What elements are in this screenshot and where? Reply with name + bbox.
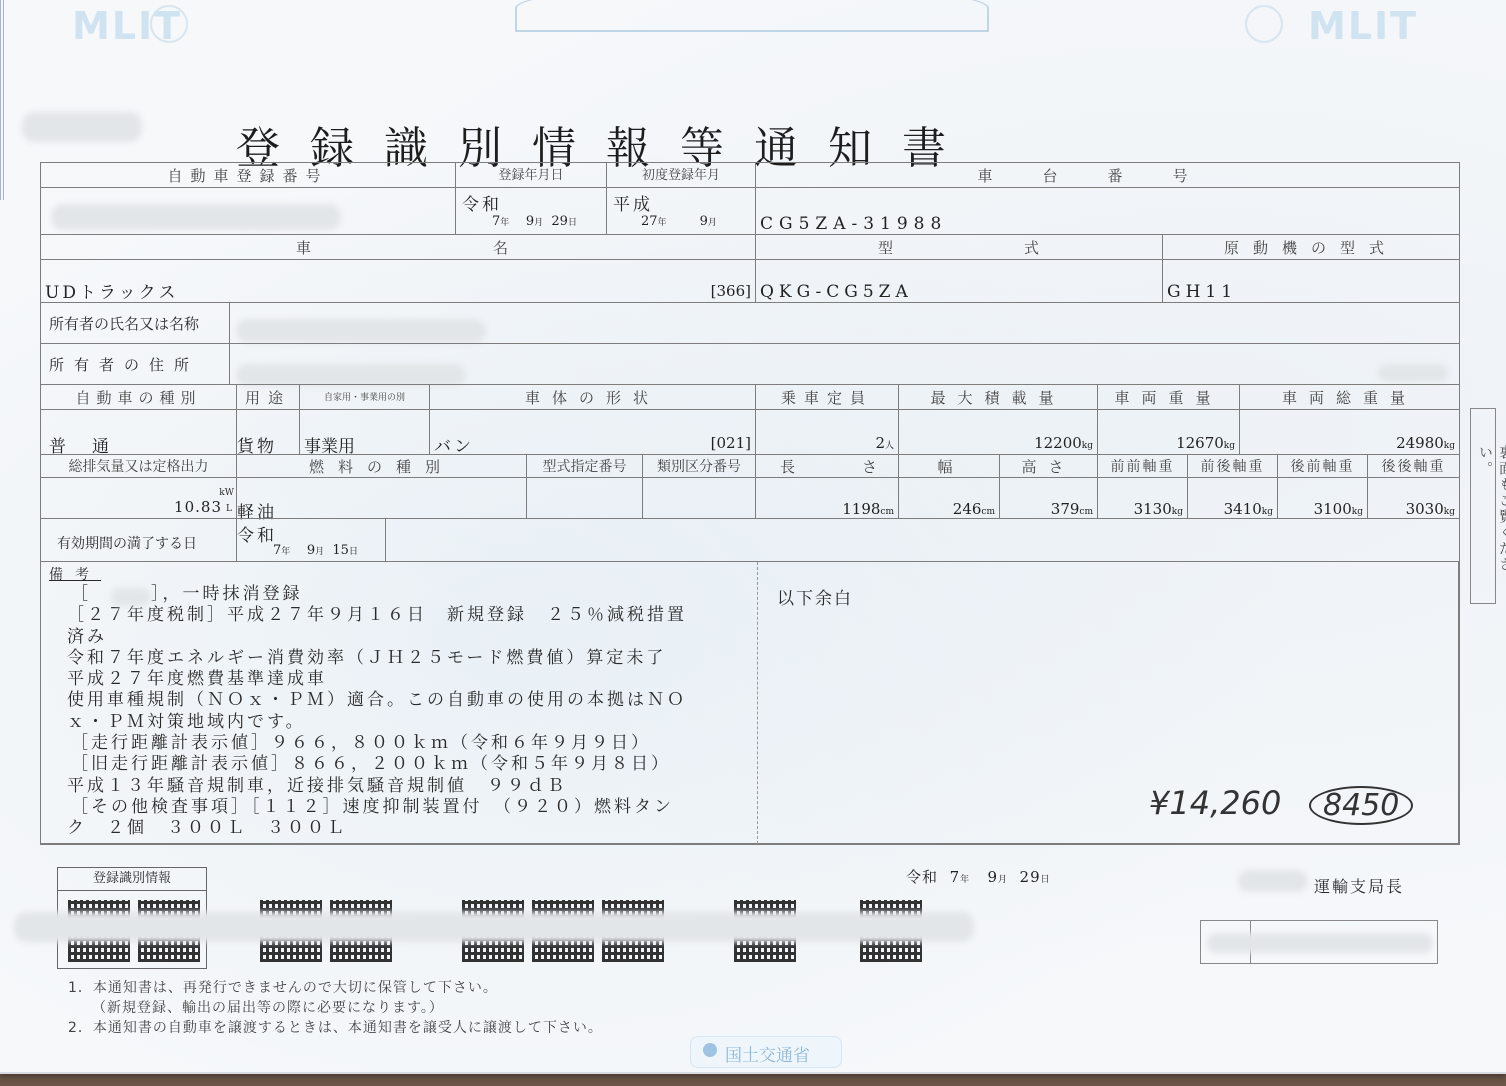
notice-1: 1．本通知書は、再発行できませんので大切に保管して下さい。 — [68, 977, 498, 997]
axle-weight-value: 3130kg — [1134, 500, 1183, 518]
width-value: 246cm — [953, 500, 995, 518]
length-value: 1198cm — [842, 500, 894, 518]
axle-weight-field: 3100kg — [1277, 477, 1368, 519]
chassis-field: CG5ZA-31988 — [755, 187, 1460, 235]
registration-document: MLIT MLIT 登録識別情報等通知書 自動車登録番号 登録年月日 初度登録年… — [0, 0, 1506, 1074]
redacted-remarks — [111, 588, 151, 606]
height-value: 379cm — [1051, 500, 1093, 518]
notice-1-sub: （新規登録、輸出の届出等の際に必要になります。） — [92, 997, 444, 1017]
remarks-line: ［旧走行距離計表示値］８６６，２００ｋｍ（令和５年９月８日） — [71, 754, 687, 775]
displacement-header: 総排気量又は定格出力 — [40, 454, 237, 478]
redacted-owner-address — [236, 364, 466, 386]
handwritten-circled-number: 8450 — [1309, 786, 1413, 825]
expiry-label: 有効期間の満了する日 — [57, 533, 197, 553]
body-shape-code: [021] — [711, 434, 751, 452]
axle-weight-value: 3100kg — [1314, 500, 1363, 518]
reg-date-era: 令和 — [462, 190, 502, 215]
model-header-2: 式 — [1024, 235, 1047, 261]
type-designation-header: 型式指定番号 — [526, 454, 643, 478]
private-business-field: 事業用 — [299, 409, 430, 455]
redacted-reg-number — [51, 204, 341, 230]
mlit-logo-icon — [703, 1043, 717, 1057]
fuel-header: 燃料の種別 — [236, 454, 527, 478]
expiry-field: 令和 7年 9月 15日 — [236, 518, 386, 562]
model-header: 型 式 — [755, 234, 1163, 260]
model-header-1: 型 — [878, 235, 901, 261]
category-field — [642, 477, 756, 519]
remarks-label: 備考 — [49, 564, 101, 584]
vehicle-weight-field: 12670kg — [1097, 409, 1240, 455]
displacement-field: 10.83 kW L — [40, 477, 237, 519]
height-header: 高さ — [999, 454, 1098, 478]
reg-date-field: 令和 7年 9月 29日 — [455, 187, 607, 235]
remarks-line: ［２７年度税制］平成２７年９月１６日 新規登録 ２５％減税措置 — [67, 605, 687, 626]
remarks-line: ｘ・ＰＭ対策地域内です。 — [67, 712, 687, 733]
remarks-section: 備考 ［ ］，一時抹消登録［２７年度税制］平成２７年９月１６日 新規登録 ２５％… — [40, 561, 1460, 845]
type-designation-field — [526, 477, 643, 519]
expiry-date: 7年 9月 15日 — [273, 543, 358, 558]
capacity-value: 2人 — [875, 434, 894, 452]
capacity-field: 2人 — [755, 409, 899, 455]
vehicle-name: UDトラックス — [45, 278, 178, 303]
vehicle-weight-value: 12670kg — [1176, 434, 1235, 452]
axle-weight-value: 3030kg — [1406, 500, 1455, 518]
gross-weight-value: 24980kg — [1396, 434, 1455, 452]
first-reg-field: 平成 27年 9月 — [606, 187, 756, 235]
vehicle-name-header: 車 名 — [40, 234, 756, 260]
reg-date-value: 7年 9月 29日 — [492, 214, 577, 229]
model-field: QKG-CG5ZA — [755, 259, 1163, 303]
remarks-line: 使用車種規制（ＮＯｘ・ＰＭ）適合。この自動車の使用の本拠はＮＯ — [67, 690, 687, 711]
qr-box-label: 登録識別情報 — [58, 868, 206, 891]
max-load-header: 最大積載量 — [898, 384, 1098, 410]
footer-logo-text: 国土交通省 — [725, 1041, 810, 1066]
vehicle-name-code: [366] — [711, 282, 751, 300]
redacted-owner-address-suffix — [1378, 364, 1448, 382]
axle-weight-value: 3410kg — [1224, 500, 1273, 518]
redacted-issuer-region — [1238, 870, 1308, 892]
remarks-line: 令和７年度エネルギー消費効率（ＪＨ２５モード燃費値）算定未了 — [67, 648, 687, 669]
notice-2: 2．本通知書の自動車を譲渡するときは、本通知書を譲受人に譲渡して下さい。 — [68, 1017, 603, 1037]
model-value: QKG-CG5ZA — [760, 282, 913, 302]
chassis-header: 車台番号 — [755, 162, 1460, 188]
vehicle-name-header-1: 車 — [296, 235, 319, 261]
displacement-unit-kw: kW — [219, 488, 234, 498]
expiry-era: 令和 — [237, 521, 277, 546]
ornament-icon-top — [515, 0, 989, 32]
vehicle-name-field: UDトラックス [366] — [40, 259, 756, 303]
corner-ornament-icon-right — [1462, 0, 1506, 200]
vehicle-weight-header: 車両重量 — [1097, 384, 1240, 410]
remarks-line: ク ２個 ３００Ｌ ３００Ｌ — [67, 818, 687, 839]
category-header: 類別区分番号 — [642, 454, 756, 478]
handwritten-price: ¥14,260 — [1149, 784, 1281, 822]
axle-weight-header: 後前軸重 — [1277, 454, 1368, 478]
engine-model: GH11 — [1167, 282, 1237, 302]
vehicle-type-header: 自動車の種別 — [40, 384, 237, 410]
redacted-strip — [14, 912, 974, 942]
max-load-value: 12200kg — [1034, 434, 1093, 452]
owner-address-label: 所有者の住所 — [49, 354, 199, 375]
displacement-unit-l: L — [226, 504, 232, 514]
first-reg-header: 初度登録年月 — [606, 162, 756, 188]
engine-field: GH11 — [1162, 259, 1460, 303]
body-shape-field: バン [021] — [429, 409, 756, 455]
remarks-line: ［走行距離計表示値］９６６，８００ｋｍ（令和６年９月９日） — [71, 733, 687, 754]
axle-weight-field: 3410kg — [1187, 477, 1278, 519]
axle-weight-header: 前後軸重 — [1187, 454, 1278, 478]
redacted-area — [22, 112, 142, 142]
first-reg-era: 平成 — [613, 190, 653, 215]
body-shape-header: 車体の形状 — [429, 384, 756, 410]
first-reg-value: 27年 9月 — [641, 214, 717, 229]
length-field: 1198cm — [755, 477, 899, 519]
capacity-header: 乗車定員 — [755, 384, 899, 410]
redacted-seal — [1207, 933, 1433, 953]
length-header-2: さ — [862, 455, 885, 479]
remarks-text: ［ ］，一時抹消登録［２７年度税制］平成２７年９月１６日 新規登録 ２５％減税措… — [71, 584, 687, 840]
displacement-value: 10.83 — [174, 498, 222, 516]
emblem-icon-right — [1245, 5, 1283, 43]
vehicle-type-field: 普通 — [40, 409, 237, 455]
owner-address-field — [229, 343, 1460, 385]
remarks-line: ［ ］，一時抹消登録 — [71, 584, 687, 605]
issuer-title: 運輸支局長 — [1314, 874, 1404, 897]
gross-weight-field: 24980kg — [1239, 409, 1460, 455]
length-header-1: 長 — [780, 455, 803, 479]
side-note-box: 裏面もご覧ください。 — [1470, 408, 1496, 604]
emblem-icon-left — [150, 5, 188, 43]
width-header: 幅 — [898, 454, 1000, 478]
footer-logo-plate: 国土交通省 — [690, 1036, 842, 1068]
width-field: 246cm — [898, 477, 1000, 519]
chassis-number: CG5ZA-31988 — [760, 214, 947, 234]
owner-name-field — [229, 302, 1460, 344]
private-business-header: 自家用・事業用の別 — [299, 384, 430, 410]
reg-number-header: 自動車登録番号 — [40, 162, 456, 188]
side-note: 裏面もご覧ください。 — [1475, 445, 1506, 603]
owner-name-label: 所有者の氏名又は名称 — [49, 313, 199, 334]
axle-weight-header: 前前軸重 — [1097, 454, 1188, 478]
remarks-line: 済み — [67, 627, 687, 648]
redacted-owner-name — [236, 319, 486, 343]
issue-date: 令和 7年 9月 29日 — [906, 866, 1051, 887]
remarks-line: 平成１３年騒音規制車，近接排気騒音規制値 ９９ｄＢ — [67, 776, 687, 797]
owner-name-label-cell: 所有者の氏名又は名称 — [40, 302, 230, 344]
max-load-field: 12200kg — [898, 409, 1098, 455]
owner-address-label-cell: 所有者の住所 — [40, 343, 230, 385]
reg-date-header: 登録年月日 — [455, 162, 607, 188]
mlit-watermark-right: MLIT — [1308, 4, 1418, 48]
axle-weight-field: 3030kg — [1367, 477, 1460, 519]
axle-weight-field: 3130kg — [1097, 477, 1188, 519]
use-header: 用途 — [236, 384, 300, 410]
use-field: 貨物 — [236, 409, 300, 455]
seal-box — [1200, 920, 1438, 964]
axle-weight-header: 後後軸重 — [1367, 454, 1460, 478]
vehicle-name-header-2: 名 — [493, 235, 516, 261]
reg-number-field — [40, 187, 456, 235]
remarks-divider — [757, 562, 758, 844]
remarks-line: ［その他検査事項］［１１２］速度抑制装置付 （９２０）燃料タン — [71, 797, 687, 818]
expiry-label-cell: 有効期間の満了する日 — [40, 518, 237, 562]
remarks-blank-below: 以下余白 — [777, 584, 853, 609]
gross-weight-header: 車両総重量 — [1239, 384, 1460, 410]
remarks-line: 平成２７年度燃費基準達成車 — [67, 669, 687, 690]
height-field: 379cm — [999, 477, 1098, 519]
expiry-blank — [385, 518, 1460, 562]
engine-header: 原動機の型式 — [1162, 234, 1460, 260]
length-header: 長 さ — [755, 454, 899, 478]
fuel-field: 軽油 — [236, 477, 527, 519]
